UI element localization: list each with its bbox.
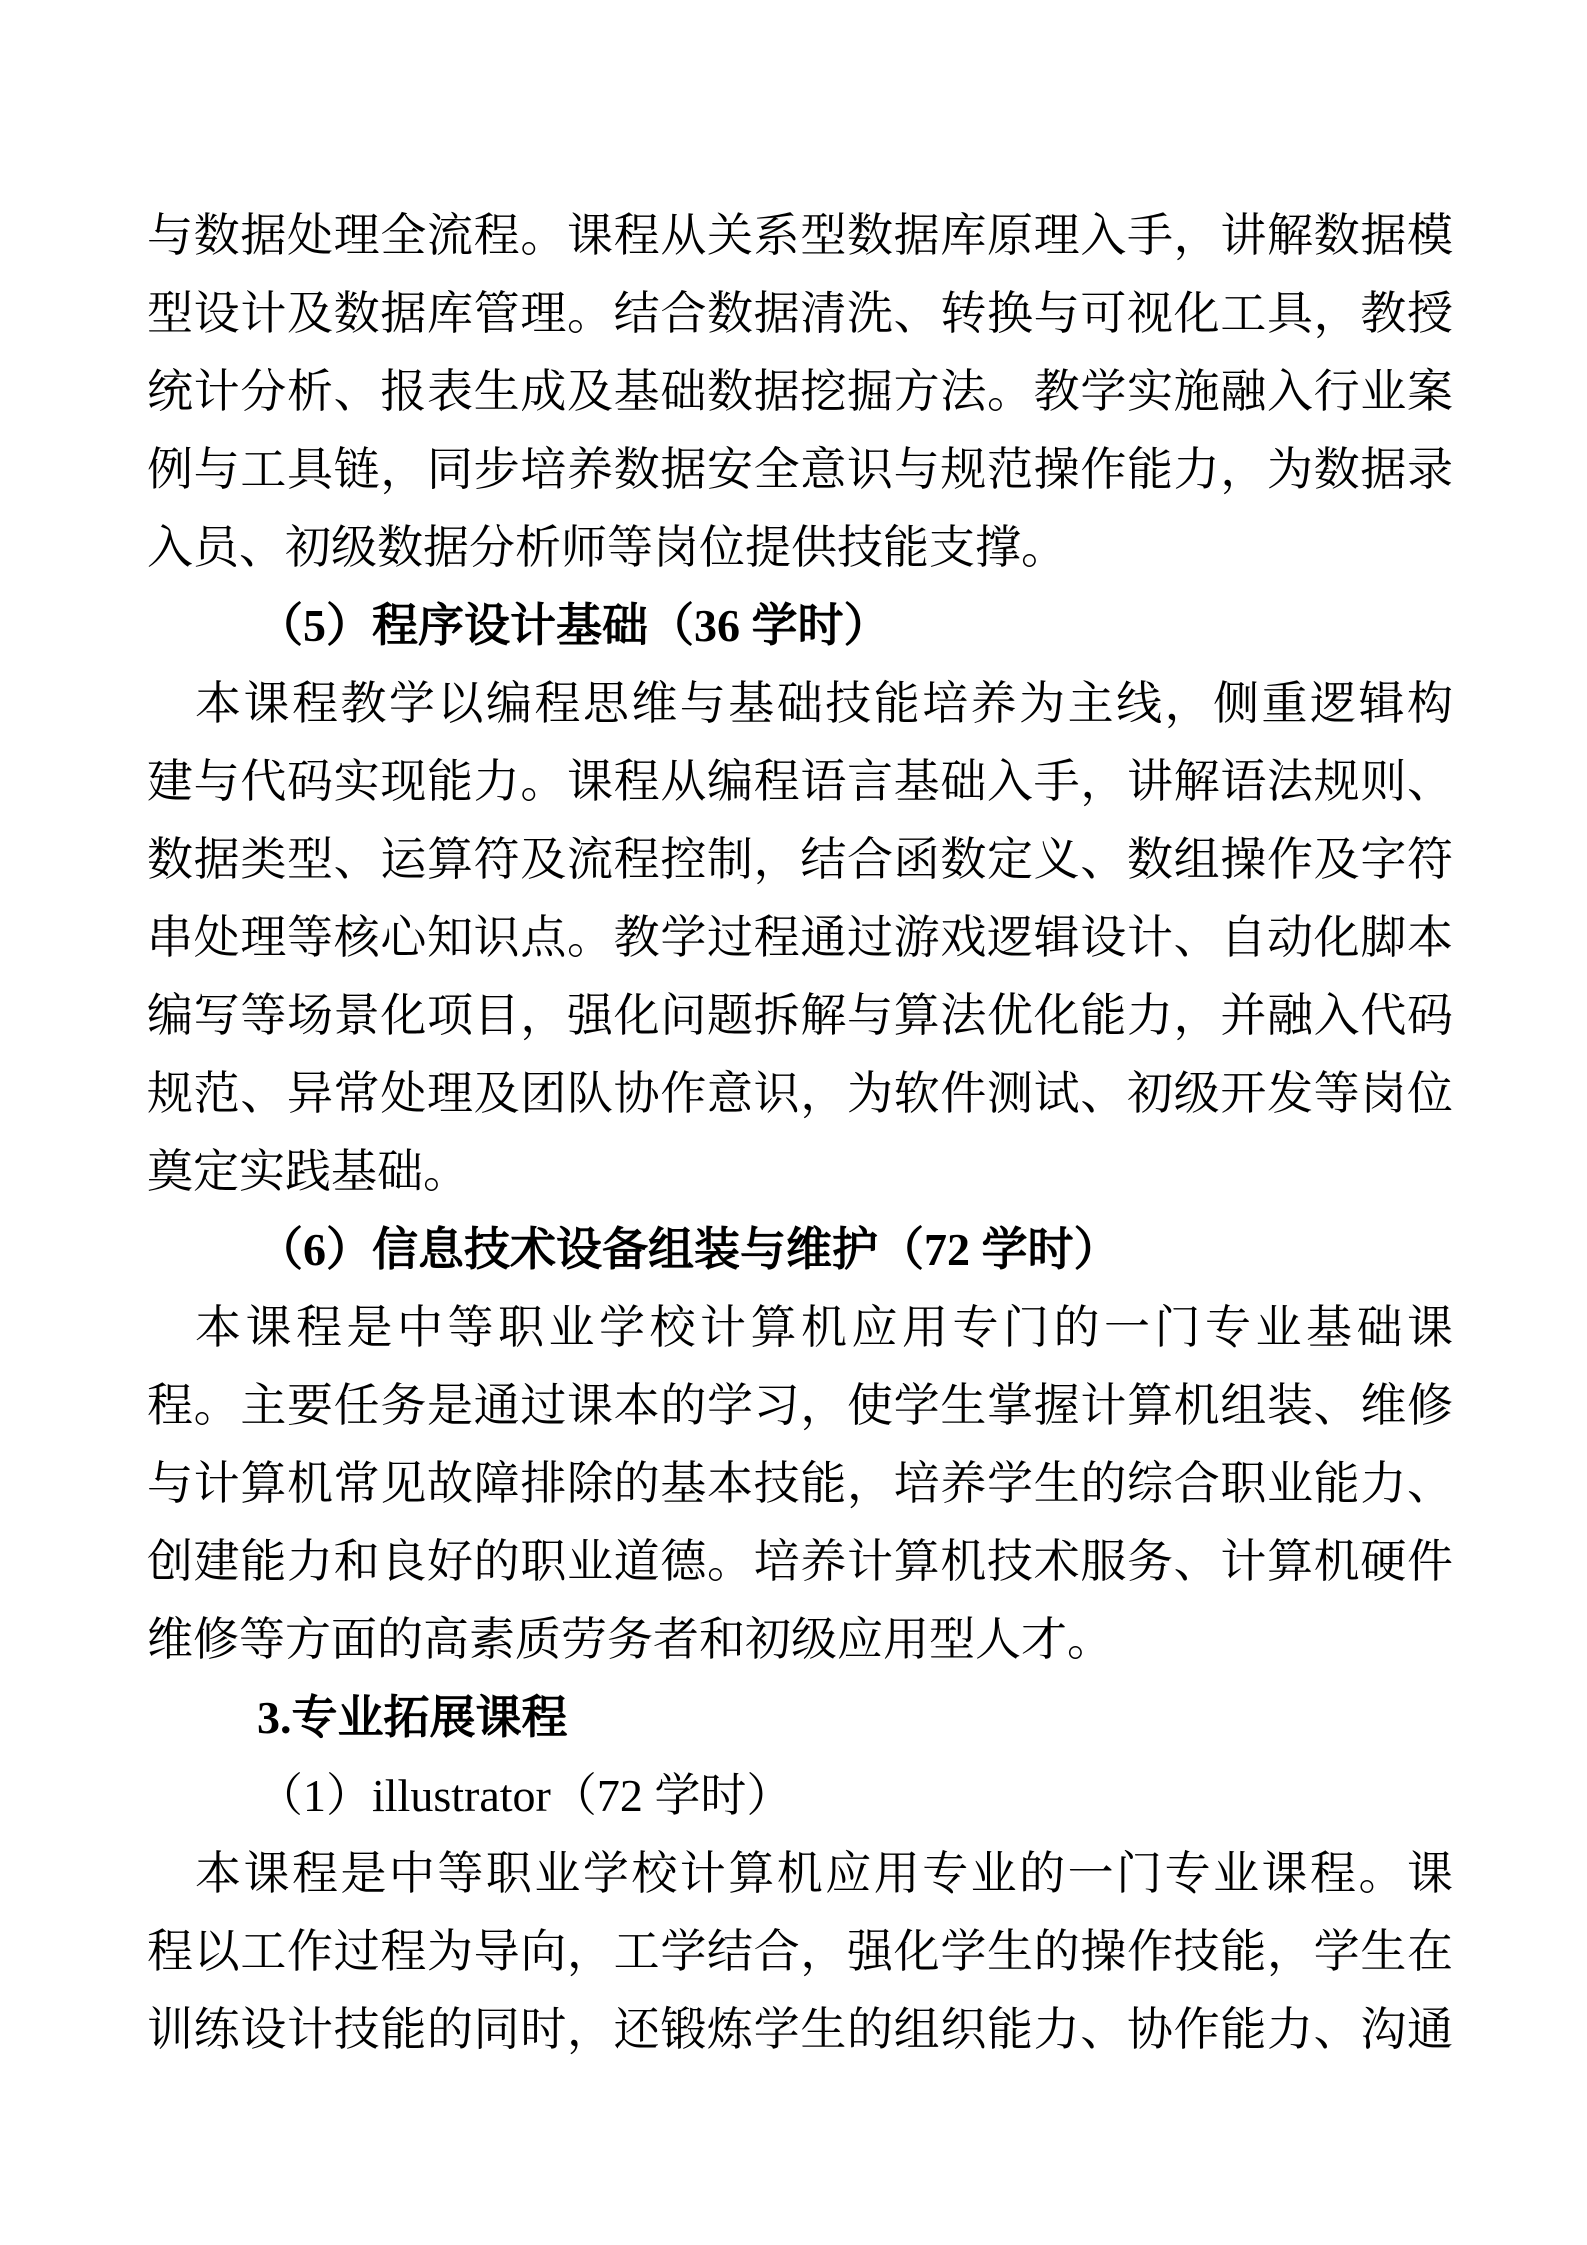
paragraph: 本课程是中等职业学校计算机应用专门的一门专业基础课程。主要任务是通过课本的学习，… (147, 1289, 1453, 1679)
text-line: 本课程是中等职业学校计算机应用专业的一门专业课程。课 (147, 1835, 1453, 1913)
text-line: 训练设计技能的同时，还锻炼学生的组织能力、协作能力、沟通 (147, 1991, 1453, 2069)
text-line: 编写等场景化项目，强化问题拆解与算法优化能力，并融入代码 (147, 977, 1453, 1055)
text-line: 3.专业拓展课程 (147, 1679, 1453, 1757)
text-line: 型设计及数据库管理。结合数据清洗、转换与可视化工具，教授 (147, 275, 1453, 353)
text-line: 奠定实践基础。 (147, 1133, 1453, 1211)
text-line: （6）信息技术设备组装与维护（72 学时） (147, 1211, 1453, 1289)
text-line: 与计算机常见故障排除的基本技能，培养学生的综合职业能力、 (147, 1445, 1453, 1523)
text-line: 数据类型、运算符及流程控制，结合函数定义、数组操作及字符 (147, 821, 1453, 899)
text-line: 程以工作过程为导向，工学结合，强化学生的操作技能，学生在 (147, 1913, 1453, 1991)
section-heading: 3.专业拓展课程 (147, 1679, 1453, 1757)
section-heading: （5）程序设计基础（36 学时） (147, 587, 1453, 665)
text-line: 与数据处理全流程。课程从关系型数据库原理入手，讲解数据模 (147, 197, 1453, 275)
paragraph: 本课程是中等职业学校计算机应用专业的一门专业课程。课程以工作过程为导向，工学结合… (147, 1835, 1453, 2069)
text-line: 本课程是中等职业学校计算机应用专门的一门专业基础课 (147, 1289, 1453, 1367)
text-line: 维修等方面的高素质劳务者和初级应用型人才。 (147, 1601, 1453, 1679)
text-line: 串处理等核心知识点。教学过程通过游戏逻辑设计、自动化脚本 (147, 899, 1453, 977)
document-body: 与数据处理全流程。课程从关系型数据库原理入手，讲解数据模型设计及数据库管理。结合… (147, 197, 1453, 2069)
section-heading: （1）illustrator（72 学时） (147, 1757, 1453, 1835)
text-line: 规范、异常处理及团队协作意识，为软件测试、初级开发等岗位 (147, 1055, 1453, 1133)
document-page: 与数据处理全流程。课程从关系型数据库原理入手，讲解数据模型设计及数据库管理。结合… (0, 0, 1587, 2245)
paragraph: 本课程教学以编程思维与基础技能培养为主线，侧重逻辑构建与代码实现能力。课程从编程… (147, 665, 1453, 1211)
text-line: 创建能力和良好的职业道德。培养计算机技术服务、计算机硬件 (147, 1523, 1453, 1601)
text-line: （5）程序设计基础（36 学时） (147, 587, 1453, 665)
text-line: 例与工具链，同步培养数据安全意识与规范操作能力，为数据录 (147, 431, 1453, 509)
paragraph: 与数据处理全流程。课程从关系型数据库原理入手，讲解数据模型设计及数据库管理。结合… (147, 197, 1453, 587)
section-heading: （6）信息技术设备组装与维护（72 学时） (147, 1211, 1453, 1289)
text-line: 入员、初级数据分析师等岗位提供技能支撑。 (147, 509, 1453, 587)
text-line: （1）illustrator（72 学时） (147, 1757, 1453, 1835)
text-line: 程。主要任务是通过课本的学习，使学生掌握计算机组装、维修 (147, 1367, 1453, 1445)
text-line: 建与代码实现能力。课程从编程语言基础入手，讲解语法规则、 (147, 743, 1453, 821)
text-line: 本课程教学以编程思维与基础技能培养为主线，侧重逻辑构 (147, 665, 1453, 743)
text-line: 统计分析、报表生成及基础数据挖掘方法。教学实施融入行业案 (147, 353, 1453, 431)
